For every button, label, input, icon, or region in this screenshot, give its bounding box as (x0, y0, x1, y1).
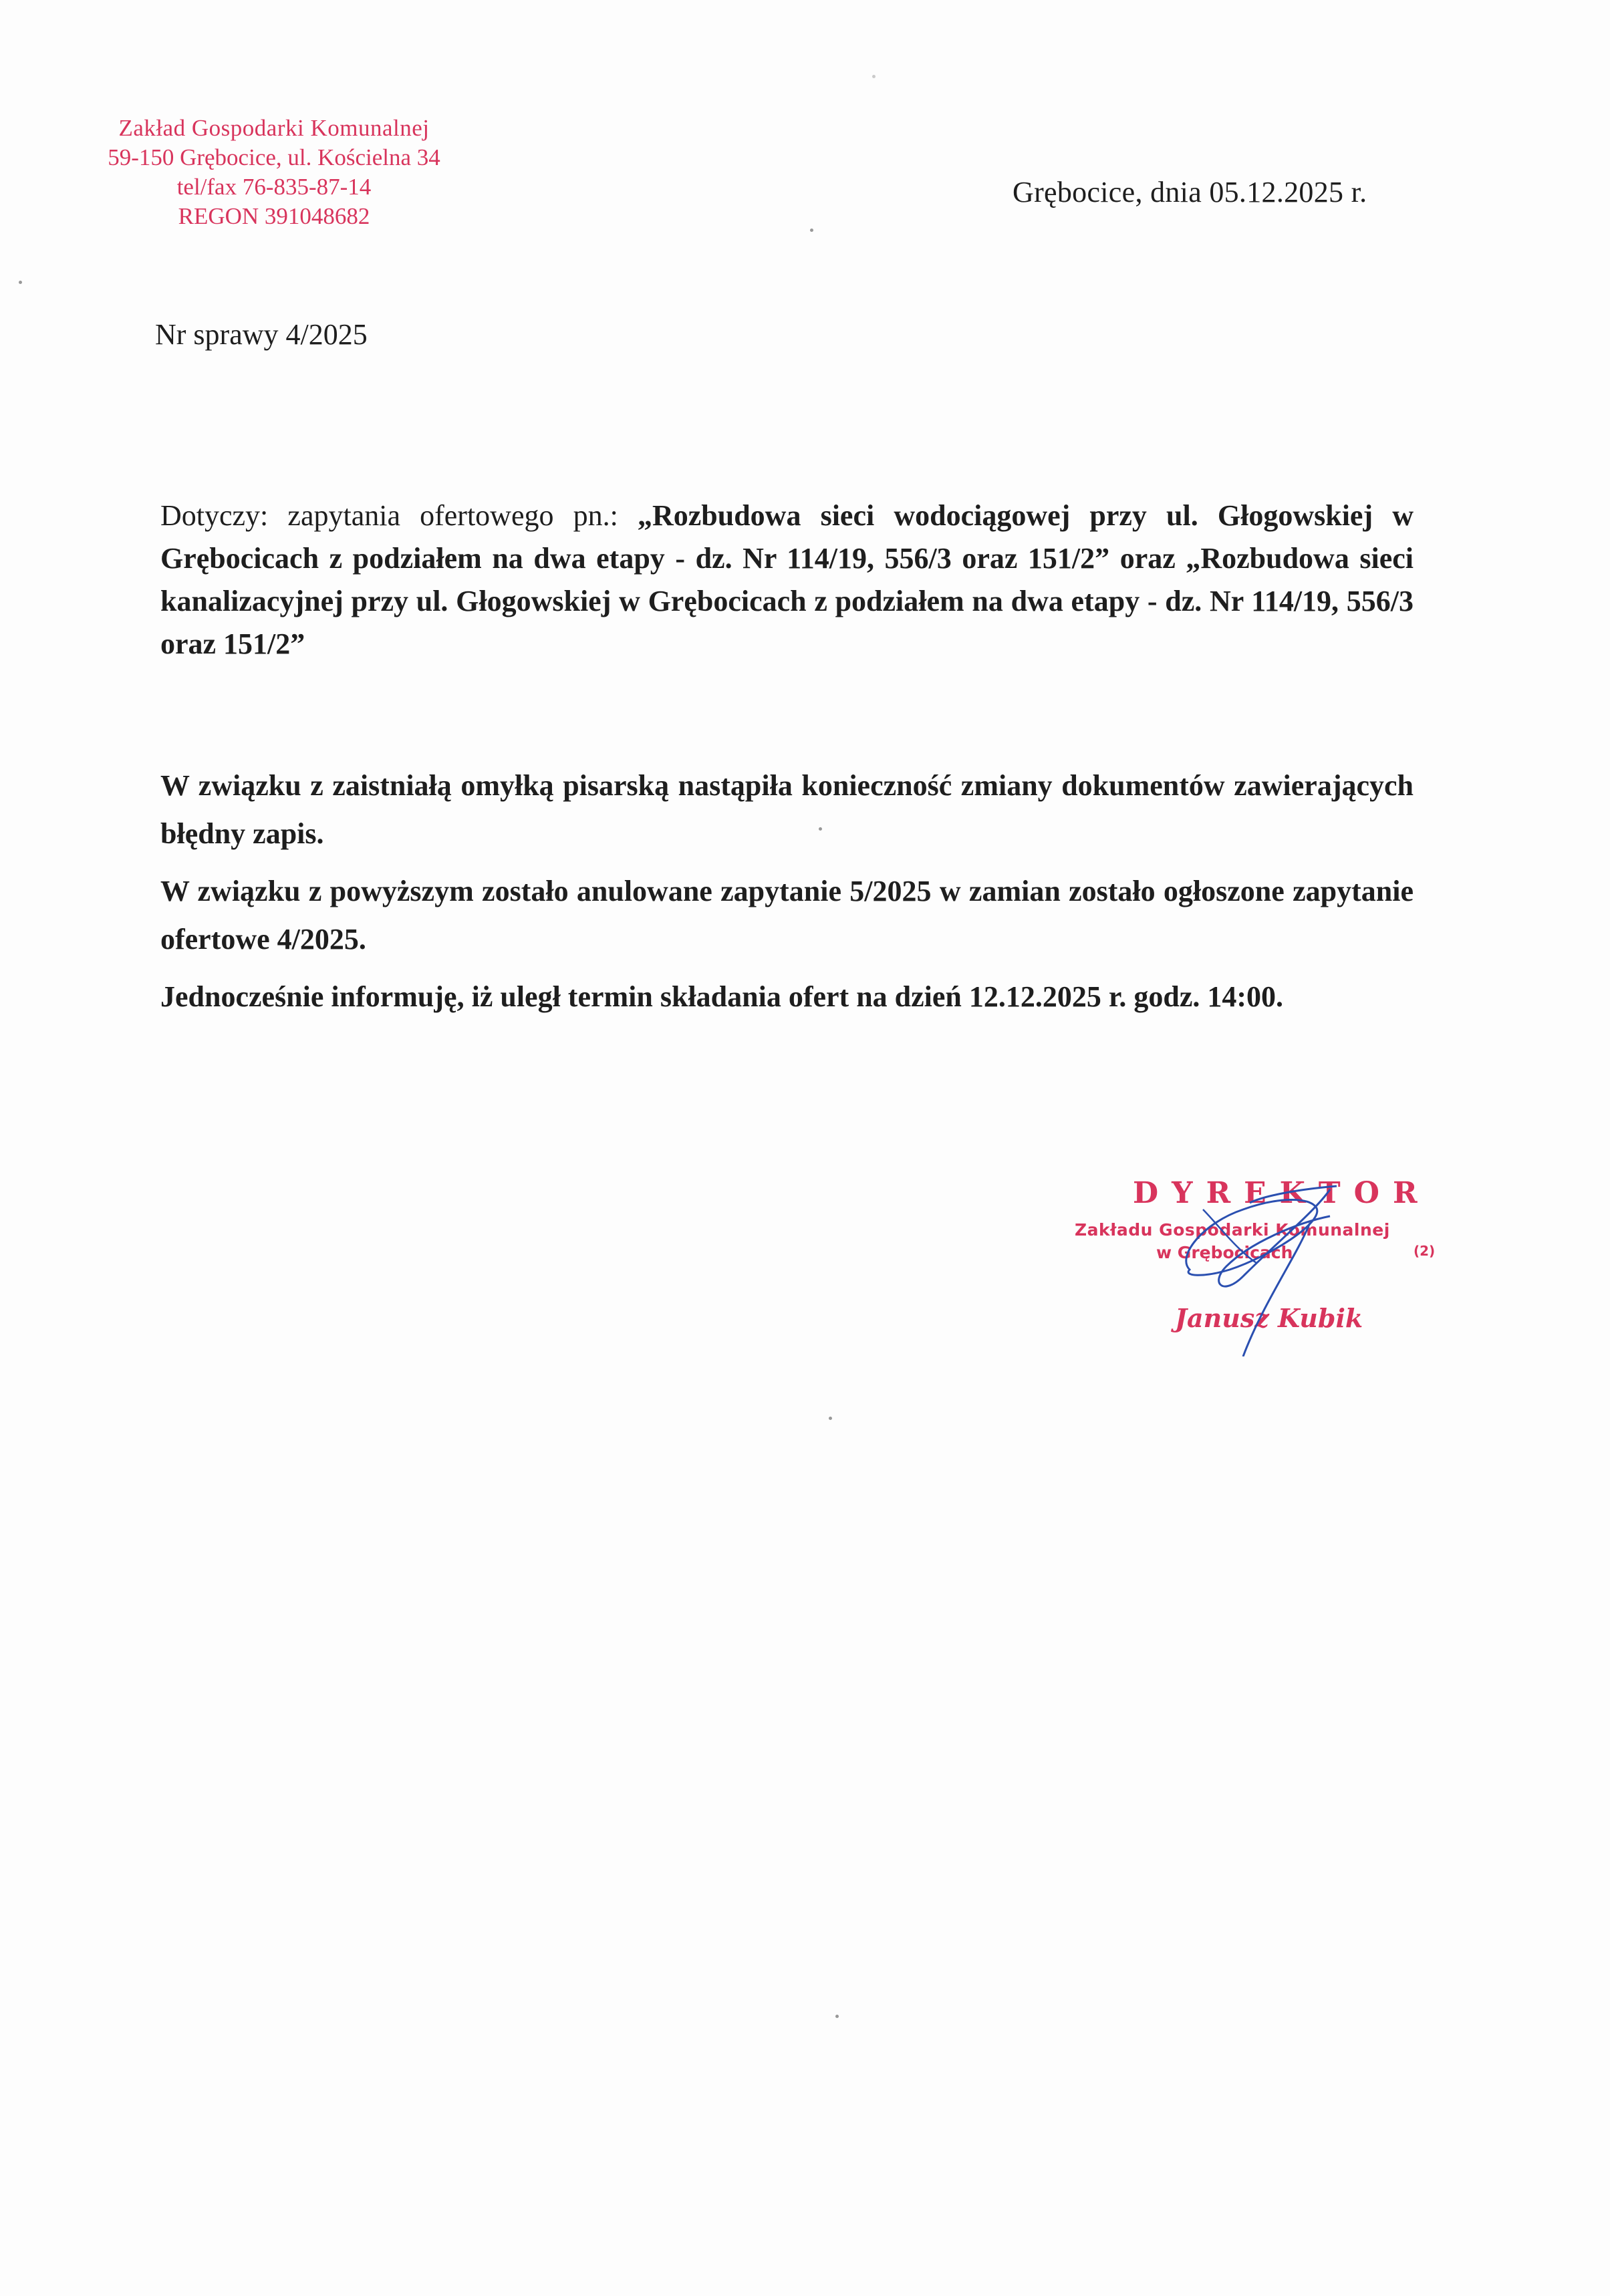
organization-name: Zakład Gospodarki Komunalnej (87, 114, 461, 143)
case-number: Nr sprawy 4/2025 (155, 317, 368, 351)
signature-title: DYREKTOR (1133, 1176, 1431, 1210)
organization-header-stamp: Zakład Gospodarki Komunalnej 59-150 Gręb… (87, 114, 461, 231)
subject-label: Dotyczy: (160, 499, 268, 532)
document-page: Zakład Gospodarki Komunalnej 59-150 Gręb… (0, 0, 1610, 2296)
place-and-date: Grębocice, dnia 05.12.2025 r. (1013, 175, 1367, 209)
subject-block: Dotyczy: zapytania ofertowego pn.: „Rozb… (160, 494, 1414, 666)
paragraph-clerical-error: W związku z zaistniałą omyłką pisarską n… (160, 762, 1414, 858)
signature-stamp: DYREKTOR Zakładu Gospodarki Komunalnej w… (1069, 1176, 1444, 1336)
signature-org-line1: Zakładu Gospodarki Komunalnej (1075, 1220, 1390, 1240)
scan-speck (819, 827, 822, 831)
organization-address: 59-150 Grębocice, ul. Kościelna 34 (87, 143, 461, 172)
organization-phone: tel/fax 76-835-87-14 (87, 172, 461, 202)
signature-org-line2: w Grębocicach (1156, 1243, 1293, 1262)
signature-stamp-number: (2) (1414, 1243, 1435, 1259)
scan-speck (835, 2015, 839, 2018)
subject-intro: zapytania ofertowego pn.: (268, 499, 638, 532)
scan-speck (810, 229, 813, 232)
paragraph-deadline: Jednocześnie informuję, iż uległ termin … (160, 973, 1414, 1021)
paragraph-cancellation: W związku z powyższym zostało anulowane … (160, 867, 1414, 964)
organization-regon: REGON 391048682 (87, 202, 461, 231)
scan-speck (829, 1417, 832, 1420)
scan-speck (872, 75, 876, 78)
signatory-name: Janusz Kubik (1175, 1303, 1363, 1333)
scan-speck (19, 281, 22, 284)
